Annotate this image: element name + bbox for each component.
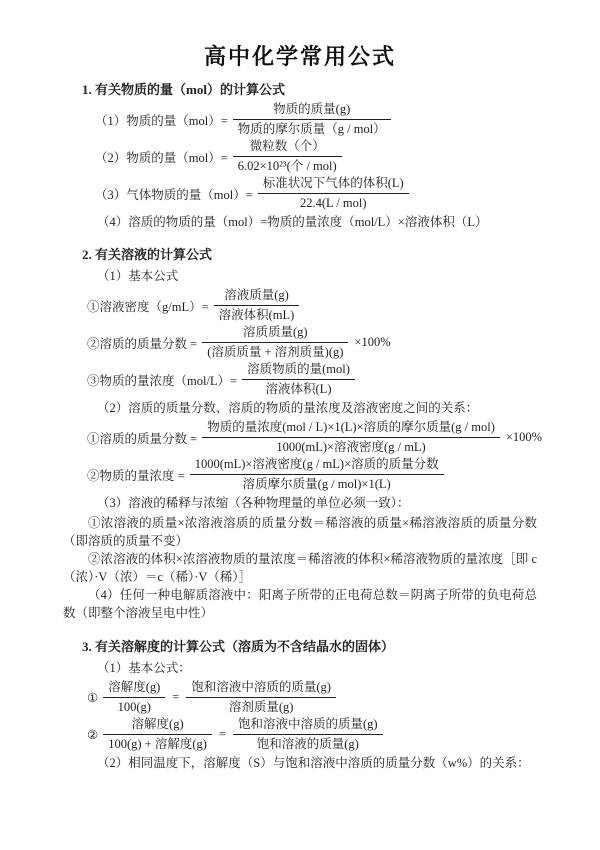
- fraction-numerator: 标准状况下气体的体积(L): [258, 175, 409, 194]
- fraction-numerator: 溶质物质的量(mol): [242, 361, 355, 380]
- section-3-heading: 3. 有关溶解度的计算公式（溶质为不含结晶水的固体）: [63, 638, 537, 655]
- equals-sign: =: [172, 690, 179, 705]
- section-2-heading: 2. 有关溶液的计算公式: [63, 246, 537, 263]
- fraction: 微粒数（个） 6.02×10²³(个 / mol): [233, 138, 342, 175]
- fraction-numerator: 物质的质量(g): [233, 101, 391, 120]
- section-1-heading: 1. 有关物质的量（mol）的计算公式: [63, 81, 537, 98]
- fraction-denominator: 22.4(L / mol): [258, 194, 409, 212]
- fraction: 标准状况下气体的体积(L) 22.4(L / mol): [258, 175, 409, 212]
- solubility-mass-fraction-relation-label: （2）相同温度下，溶解度（S）与饱和溶液中溶质的质量分数（w%）的关系：: [63, 753, 537, 774]
- fraction-numerator: 1000(mL)×溶液密度(g / mL)×溶质的质量分数: [190, 456, 444, 475]
- fraction: 溶质质量(g) (溶质质量 + 溶剂质量)(g): [202, 324, 348, 361]
- fraction: 溶液质量(g) 溶液体积(mL): [214, 287, 300, 324]
- formula-solubility-solvent: ① 溶解度(g) 100(g) = 饱和溶液中溶质的质量(g) 溶剂质量(g): [63, 679, 537, 716]
- formula-mol-from-mass: （1）物质的量（mol）= 物质的质量(g) 物质的摩尔质量（g / mol）: [63, 101, 537, 138]
- fraction-denominator: 物质的摩尔质量（g / mol）: [233, 120, 391, 138]
- basic-formulas-label: （1）基本公式：: [63, 658, 537, 679]
- fraction-denominator: 6.02×10²³(个 / mol): [233, 157, 342, 175]
- basic-formulas-label: （1）基本公式: [63, 266, 537, 287]
- formula-solubility-saturated-solution: ② 溶解度(g) 100(g) + 溶解度(g) = 饱和溶液中溶质的质量(g)…: [63, 716, 537, 753]
- fraction-denominator: 溶液体积(L): [242, 380, 355, 398]
- formula-lhs: （2）物质的量（mol）=: [95, 148, 228, 166]
- relationship-label: （2）溶质的质量分数、溶质的物质的量浓度及溶液密度之间的关系：: [63, 398, 537, 419]
- item-number: ②: [87, 727, 98, 743]
- formula-suffix: ×100%: [354, 335, 390, 350]
- dilution-mass-rule: ①浓溶液的质量×浓溶液溶质的质量分数＝稀溶液的质量×稀溶液溶质的质量分数（即溶质…: [63, 515, 537, 550]
- fraction-numerator: 溶质质量(g): [202, 324, 348, 343]
- fraction: 溶质物质的量(mol) 溶液体积(L): [242, 361, 355, 398]
- fraction-left: 溶解度(g) 100(g) + 溶解度(g): [103, 716, 212, 753]
- fraction-denominator: 1000(mL)×溶液密度(g / mL): [202, 438, 500, 456]
- electroneutrality-rule: （4）任何一种电解质溶液中：阳离子所带的正电荷总数＝阴离子所带的负电荷总数（即整…: [63, 587, 537, 622]
- fraction-numerator: 物质的量浓度(mol / L)×1(L)×溶质的摩尔质量(g / mol): [202, 419, 500, 438]
- fraction-right: 饱和溶液中溶质的质量(g) 溶剂质量(g): [186, 679, 336, 716]
- fraction-denominator: 100(g): [103, 698, 165, 716]
- page-title: 高中化学常用公式: [63, 40, 537, 71]
- formula-mass-fraction: ②溶质的质量分数 = 溶质质量(g) (溶质质量 + 溶剂质量)(g) ×100…: [63, 324, 537, 361]
- formula-solution-density: ①溶液密度（g/mL）= 溶液质量(g) 溶液体积(mL): [63, 287, 537, 324]
- dilution-volume-rule: ②浓溶液的体积×浓溶液物质的量浓度＝稀溶液的体积×稀溶液物质的量浓度［即 c（浓…: [63, 551, 537, 586]
- item-number: ①: [87, 690, 98, 706]
- fraction-numerator: 溶液质量(g): [214, 287, 300, 306]
- dilution-label: （3）溶液的稀释与浓缩（各种物理量的单位必须一致）：: [63, 493, 537, 514]
- formula-lhs: ①溶液密度（g/mL）=: [87, 297, 209, 315]
- formula-lhs: （1）物质的量（mol）=: [95, 111, 228, 129]
- section-solutions: 2. 有关溶液的计算公式 （1）基本公式 ①溶液密度（g/mL）= 溶液质量(g…: [63, 246, 537, 622]
- formula-lhs: （3）气体物质的量（mol）=: [95, 185, 253, 203]
- formula-mol-from-gas-volume: （3）气体物质的量（mol）= 标准状况下气体的体积(L) 22.4(L / m…: [63, 175, 537, 212]
- formula-lhs: ②物质的量浓度 =: [87, 466, 185, 484]
- fraction-left: 溶解度(g) 100(g): [103, 679, 165, 716]
- fraction-numerator: 饱和溶液中溶质的质量(g): [186, 679, 336, 698]
- formula-mass-fraction-from-concentration: ①溶质的质量分数 = 物质的量浓度(mol / L)×1(L)×溶质的摩尔质量(…: [63, 419, 537, 456]
- formula-mol-from-particles: （2）物质的量（mol）= 微粒数（个） 6.02×10²³(个 / mol): [63, 138, 537, 175]
- fraction-numerator: 溶解度(g): [103, 716, 212, 735]
- formula-suffix: ×100%: [506, 430, 542, 445]
- formula-lhs: ③物质的量浓度（mol/L）=: [87, 371, 237, 389]
- fraction-numerator: 微粒数（个）: [233, 138, 342, 157]
- fraction: 物质的量浓度(mol / L)×1(L)×溶质的摩尔质量(g / mol) 10…: [202, 419, 500, 456]
- formula-solute-mol-text: （4）溶质的物质的量（mol）=物质的量浓度（mol/L）×溶液体积（L）: [63, 212, 537, 233]
- formula-molar-concentration: ③物质的量浓度（mol/L）= 溶质物质的量(mol) 溶液体积(L): [63, 361, 537, 398]
- formula-lhs: ②溶质的质量分数 =: [87, 334, 197, 352]
- fraction-right: 饱和溶液中溶质的质量(g) 饱和溶液的质量(g): [233, 716, 383, 753]
- fraction-denominator: 溶质摩尔质量(g / mol)×1(L): [190, 475, 444, 493]
- fraction-denominator: 溶液体积(mL): [214, 306, 300, 324]
- equals-sign: =: [219, 727, 226, 742]
- fraction-denominator: 100(g) + 溶解度(g): [103, 735, 212, 753]
- formula-concentration-from-mass-fraction: ②物质的量浓度 = 1000(mL)×溶液密度(g / mL)×溶质的质量分数 …: [63, 456, 537, 493]
- section-solubility: 3. 有关溶解度的计算公式（溶质为不含结晶水的固体） （1）基本公式： ① 溶解…: [63, 638, 537, 774]
- section-amount-of-substance: 1. 有关物质的量（mol）的计算公式 （1）物质的量（mol）= 物质的质量(…: [63, 81, 537, 233]
- fraction: 物质的质量(g) 物质的摩尔质量（g / mol）: [233, 101, 391, 138]
- fraction-denominator: 饱和溶液的质量(g): [233, 735, 383, 753]
- formula-lhs: ①溶质的质量分数 =: [87, 429, 197, 447]
- document-page: 高中化学常用公式 1. 有关物质的量（mol）的计算公式 （1）物质的量（mol…: [0, 0, 600, 850]
- fraction-numerator: 溶解度(g): [103, 679, 165, 698]
- fraction-denominator: (溶质质量 + 溶剂质量)(g): [202, 343, 348, 361]
- fraction-numerator: 饱和溶液中溶质的质量(g): [233, 716, 383, 735]
- fraction: 1000(mL)×溶液密度(g / mL)×溶质的质量分数 溶质摩尔质量(g /…: [190, 456, 444, 493]
- fraction-denominator: 溶剂质量(g): [186, 698, 336, 716]
